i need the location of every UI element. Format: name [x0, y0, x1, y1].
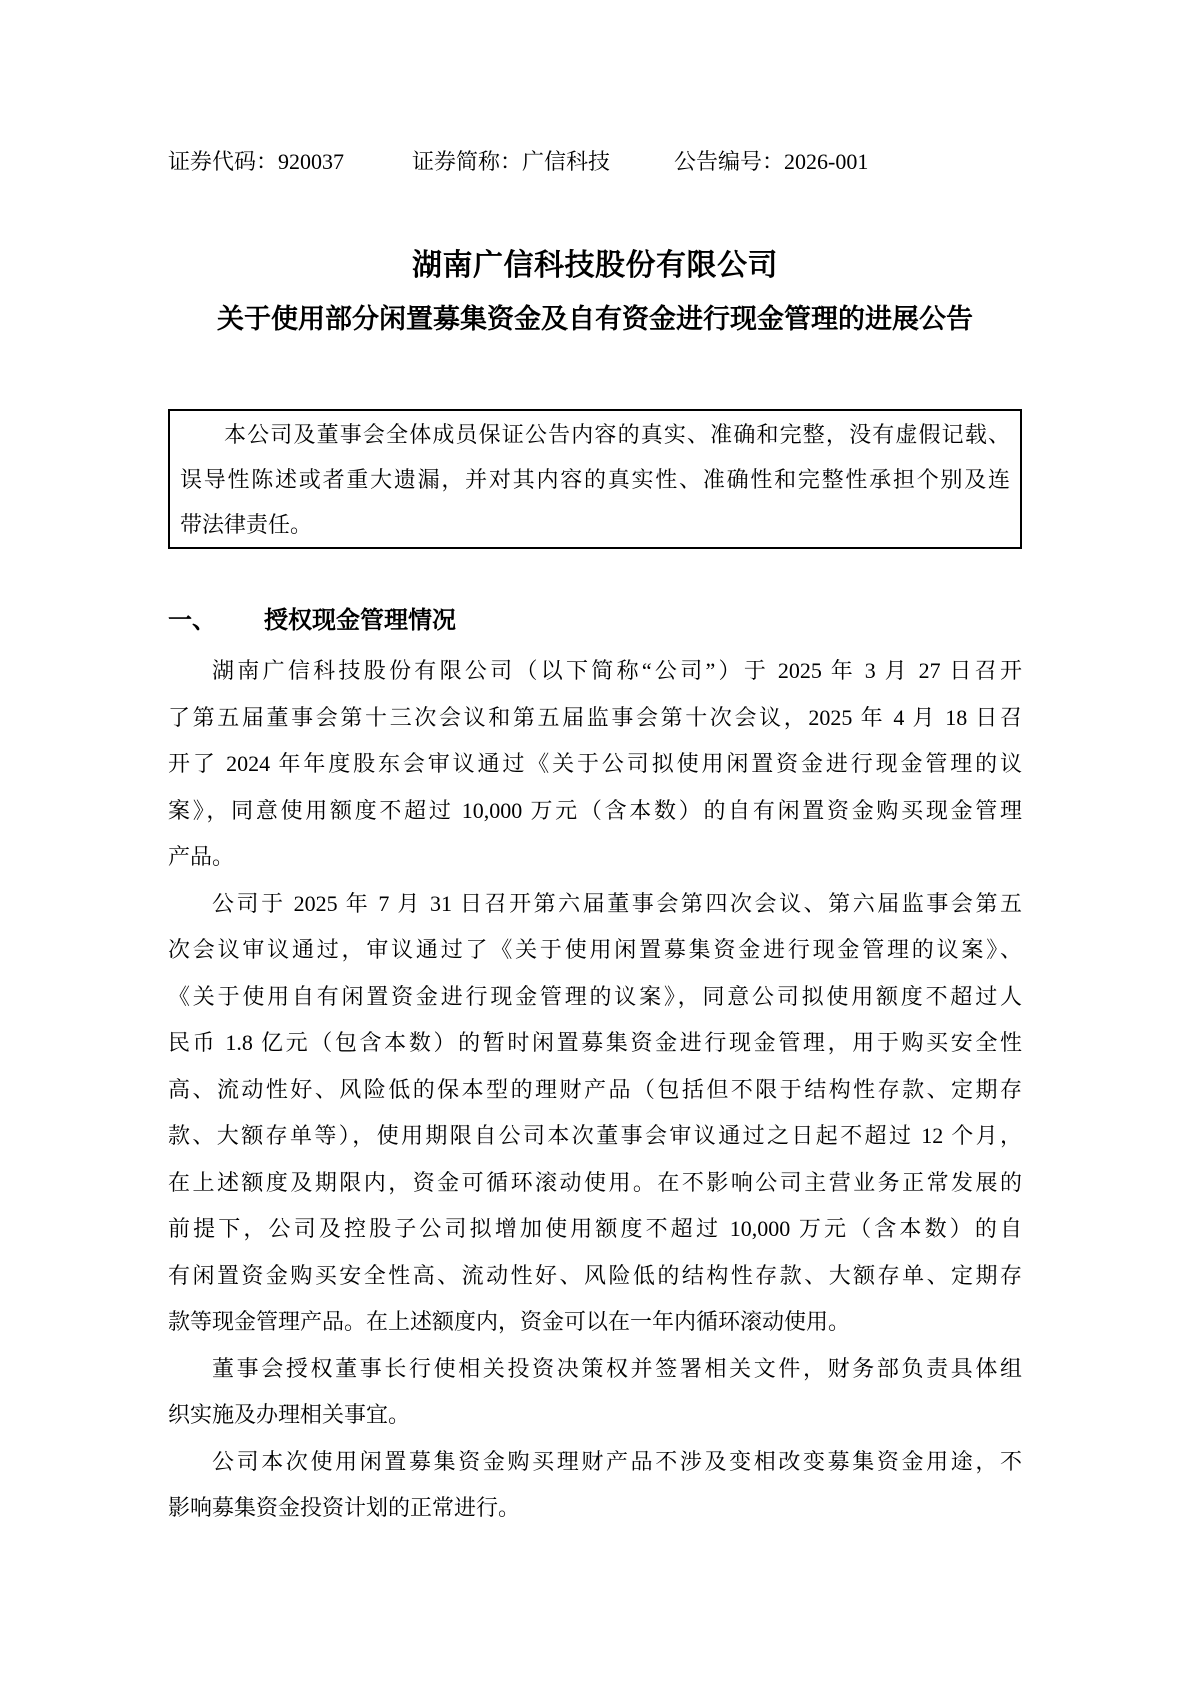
disclaimer-line: 误导性陈述或者重大遗漏，并对其内容的真实性、准确性和完整性承担个别及连 [180, 457, 1010, 502]
body-line: 了第五届董事会第十三次会议和第五届监事会第十次会议，2025 年 4 月 18 … [168, 695, 1022, 742]
body-line: 在上述额度及期限内，资金可循环滚动使用。在不影响公司主营业务正常发展的 [168, 1160, 1022, 1207]
body-line: 公司本次使用闲置募集资金购买理财产品不涉及变相改变募集资金用途，不 [168, 1439, 1022, 1486]
body-text: 湖南广信科技股份有限公司（以下简称“公司”）于 2025 年 3 月 27 日召… [168, 648, 1022, 1532]
body-line: 湖南广信科技股份有限公司（以下简称“公司”）于 2025 年 3 月 27 日召… [168, 648, 1022, 695]
body-line: 次会议审议通过，审议通过了《关于使用闲置募集资金进行现金管理的议案》、 [168, 927, 1022, 974]
body-line: 开了 2024 年年度股东会审议通过《关于公司拟使用闲置资金进行现金管理的议 [168, 741, 1022, 788]
disclaimer-box: 本公司及董事会全体成员保证公告内容的真实、准确和完整，没有虚假记载、误导性陈述或… [168, 409, 1022, 549]
body-line: 董事会授权董事长行使相关投资决策权并签署相关文件，财务部负责具体组 [168, 1346, 1022, 1393]
section-heading: 一、授权现金管理情况 [168, 606, 456, 636]
disclaimer-line: 带法律责任。 [180, 502, 1010, 547]
body-line: 影响募集资金投资计划的正常进行。 [168, 1485, 1022, 1532]
disclaimer-line: 本公司及董事会全体成员保证公告内容的真实、准确和完整，没有虚假记载、 [180, 412, 1010, 457]
announcement-title: 关于使用部分闲置募集资金及自有资金进行现金管理的进展公告 [0, 303, 1190, 335]
body-line: 款、大额存单等），使用期限自公司本次董事会审议通过之日起不超过 12 个月， [168, 1113, 1022, 1160]
body-line: 前提下，公司及控股子公司拟增加使用额度不超过 10,000 万元（含本数）的自 [168, 1206, 1022, 1253]
section-number: 一、 [168, 606, 216, 636]
body-line: 产品。 [168, 834, 1022, 881]
company-title: 湖南广信科技股份有限公司 [0, 249, 1190, 283]
body-line: 有闲置资金购买安全性高、流动性好、风险低的结构性存款、大额存单、定期存 [168, 1253, 1022, 1300]
document-header: 证券代码：920037 证券简称：广信科技 公告编号：2026-001 [168, 150, 1068, 174]
body-line: 织实施及办理相关事宜。 [168, 1392, 1022, 1439]
body-line: 案》，同意使用额度不超过 10,000 万元（含本数）的自有闲置资金购买现金管理 [168, 788, 1022, 835]
stock-short-name: 证券简称：广信科技 [412, 150, 610, 174]
document-page: 证券代码：920037 证券简称：广信科技 公告编号：2026-001 湖南广信… [0, 0, 1190, 1683]
body-line: 高、流动性好、风险低的保本型的理财产品（包括但不限于结构性存款、定期存 [168, 1067, 1022, 1114]
section-title: 授权现金管理情况 [264, 608, 456, 634]
body-line: 民币 1.8 亿元（包含本数）的暂时闲置募集资金进行现金管理，用于购买安全性 [168, 1020, 1022, 1067]
announcement-number: 公告编号：2026-001 [674, 150, 868, 174]
body-line: 公司于 2025 年 7 月 31 日召开第六届董事会第四次会议、第六届监事会第… [168, 881, 1022, 928]
stock-code: 证券代码：920037 [168, 150, 344, 174]
body-line: 《关于使用自有闲置资金进行现金管理的议案》，同意公司拟使用额度不超过人 [168, 974, 1022, 1021]
body-line: 款等现金管理产品。在上述额度内，资金可以在一年内循环滚动使用。 [168, 1299, 1022, 1346]
